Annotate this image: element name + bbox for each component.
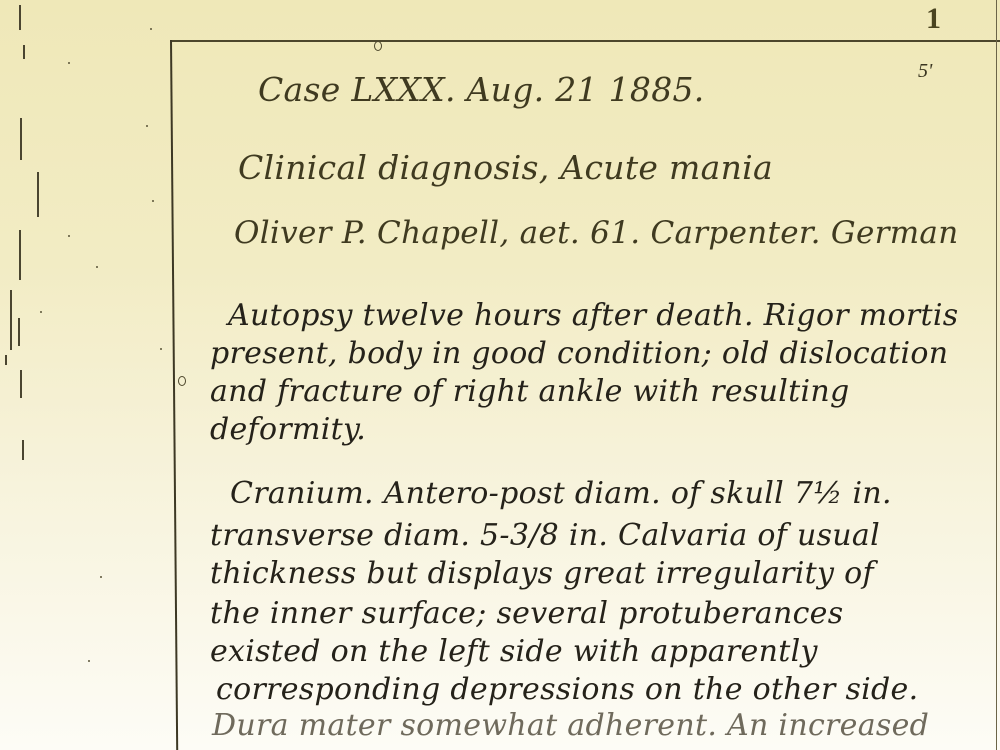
patient-line: Oliver P. Chapell, aet. 61. Carpenter. G…: [234, 215, 958, 251]
text-line: corresponding depressions on the other s…: [216, 672, 918, 707]
margin-mark: [20, 370, 22, 398]
text-line: thickness but displays great irregularit…: [210, 556, 874, 591]
text-line: Cranium. Antero-post diam. of skull 7½ i…: [230, 476, 892, 511]
text-line: deformity.: [210, 412, 366, 447]
text-line: existed on the left side with apparently: [210, 634, 818, 669]
margin-mark: [160, 348, 162, 350]
text-line: present, body in good condition; old dis…: [210, 336, 948, 371]
margin-mark: [19, 5, 21, 30]
margin-mark: [40, 311, 42, 313]
margin-mark: [152, 200, 154, 202]
margin-mark: [68, 235, 70, 237]
margin-mark: [146, 125, 148, 127]
margin-mark: [100, 576, 102, 578]
text-line: the inner surface; several protuberances: [210, 596, 843, 631]
margin-mark: [23, 45, 25, 59]
text-line: transverse diam. 5-3/8 in. Calvaria of u…: [210, 518, 880, 553]
binding-hole-side: [178, 376, 186, 386]
text-line: and fracture of right ankle with resulti…: [210, 374, 849, 409]
margin-mark: [19, 230, 21, 280]
margin-mark: [88, 660, 90, 662]
margin-mark: [37, 172, 39, 217]
margin-mark: [18, 318, 20, 346]
margin-mark: [96, 266, 98, 268]
margin-mark: [68, 62, 70, 64]
margin-mark: [5, 355, 7, 365]
margin-mark: [22, 440, 24, 460]
manuscript-page: Case LXXX. Aug. 21 1885. Clinical diagno…: [200, 0, 1000, 750]
margin-mark: [10, 290, 12, 350]
margin-mark: [150, 28, 152, 30]
margin-mark: [20, 118, 22, 160]
case-line: Case LXXX. Aug. 21 1885.: [258, 70, 705, 109]
left-rule: [170, 40, 178, 750]
text-line: Dura mater somewhat adherent. An increas…: [212, 708, 929, 743]
diagnosis-line: Clinical diagnosis, Acute mania: [238, 148, 773, 187]
text-line: Autopsy twelve hours after death. Rigor …: [228, 298, 958, 333]
